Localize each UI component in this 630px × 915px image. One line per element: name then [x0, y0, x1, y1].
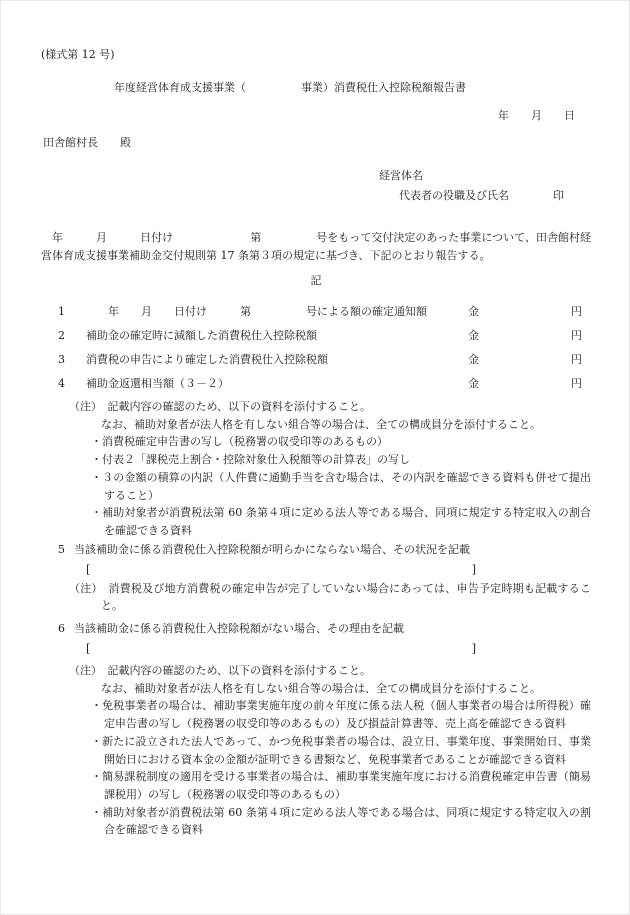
date-line: 年 月 日 — [41, 108, 591, 123]
item-label: 補助金の確定時に減額した消費税仕入控除税額 — [86, 324, 317, 348]
note-bullet: ・免税事業者の場合は、補助事業実施年度の前々年度に係る法人税（個人事業者の場合は… — [91, 697, 591, 732]
note-subline: なお、補助対象者が法人格を有しない組合等の場合は、全ての構成員分を添付すること。 — [101, 680, 591, 698]
note-bullet: ・新たに設立された法人であって、かつ免税事業者の場合は、設立日、事業年度、事業開… — [91, 733, 591, 768]
note-bullet: ・付表２「課税売上割合・控除対象仕入税額等の計算表」の写し — [91, 451, 591, 469]
fill-in-field: [ ] — [86, 639, 476, 659]
section-6-heading: 6当該補助金に係る消費税仕入控除税額がない場合、その理由を記載 — [41, 619, 591, 639]
bracket-open: [ — [86, 639, 90, 659]
currency-yen-label: 円 — [571, 324, 582, 348]
note-bullet: ・消費税確定申告書の写し（税務署の収受印等のあるもの） — [91, 433, 591, 451]
note-heading: （注） 記載内容の確認のため、以下の資料を添付すること。 — [41, 662, 591, 680]
currency-kin-label: 金 — [468, 324, 479, 348]
document-title: 年度経営体育成支援事業（ 事業）消費税仕入控除税額報告書 — [114, 80, 591, 95]
org-name-label: 経営体名 — [379, 166, 591, 186]
bracket-close: ] — [472, 639, 476, 659]
note-bullet: ・簡易課税制度の適用を受ける事業者の場合は、補助事業実施年度における消費税確定申… — [91, 768, 591, 803]
item-label: 当該補助金に係る消費税仕入控除税額が明らかにならない場合、その状況を記載 — [74, 543, 470, 556]
item-label: 年 月 日付け 第 号による額の確定通知額 — [86, 300, 427, 324]
item-number: 6 — [58, 619, 74, 639]
item-number: 2 — [58, 324, 65, 348]
currency-yen-label: 円 — [571, 372, 582, 396]
note-bullet: ・補助対象者が消費税法第 60 条第４項に定める法人等である場合、同項に規定する… — [91, 504, 591, 539]
item-label: 補助金返還相当額（３－２） — [86, 372, 229, 396]
amount-item-row-2: 2 補助金の確定時に減額した消費税仕入控除税額 金 円 — [41, 324, 591, 348]
signature-block: 経営体名 代表者の役職及び氏名印 — [379, 166, 591, 206]
representative-label: 代表者の役職及び氏名 — [399, 189, 509, 202]
currency-kin-label: 金 — [468, 372, 479, 396]
currency-yen-label: 円 — [571, 348, 582, 372]
bracket-open: [ — [86, 560, 90, 580]
fill-in-field: [ ] — [86, 560, 476, 580]
item-label: 当該補助金に係る消費税仕入控除税額がない場合、その理由を記載 — [74, 622, 404, 635]
bracket-close: ] — [472, 560, 476, 580]
amount-items: 1 年 月 日付け 第 号による額の確定通知額 金 円 2 補助金の確定時に減額… — [41, 300, 591, 396]
representative-line: 代表者の役職及び氏名印 — [399, 186, 591, 206]
document-page: (様式第 12 号) 年度経営体育成支援事業（ 事業）消費税仕入控除税額報告書 … — [0, 0, 630, 915]
currency-yen-label: 円 — [571, 300, 582, 324]
currency-kin-label: 金 — [468, 348, 479, 372]
item-number: 3 — [58, 348, 65, 372]
item-number: 1 — [58, 300, 65, 324]
note-heading: （注） 消費税及び地方消費税の確定申告が完了していない場合にあっては、申告予定時… — [41, 580, 591, 615]
item-number: 4 — [58, 372, 65, 396]
amount-item-row-3: 3 消費税の申告により確定した消費税仕入控除税額 金 円 — [41, 348, 591, 372]
body-paragraph: 年 月 日付け 第 号をもって交付決定のあった事業について、田舎館村経営体育成支… — [41, 229, 591, 265]
note-bullet: ・３の金額の積算の内訳（人件費に通勤手当を含む場合は、その内訳を確認できる資料も… — [91, 469, 591, 504]
note-after-item4: （注） 記載内容の確認のため、以下の資料を添付すること。 なお、補助対象者が法人… — [41, 398, 591, 540]
item-number: 5 — [58, 540, 74, 560]
note-bullet: ・補助対象者が消費税法第 60 条第４項に定める法人等である場合は、同項に規定す… — [91, 804, 591, 839]
form-number: (様式第 12 号) — [41, 47, 591, 63]
section-5: 5当該補助金に係る消費税仕入控除税額が明らかにならない場合、その状況を記載 [ … — [41, 540, 591, 615]
addressee: 田舎館村長 殿 — [43, 135, 591, 150]
record-heading: 記 — [41, 273, 591, 288]
note-heading: （注） 記載内容の確認のため、以下の資料を添付すること。 — [41, 398, 591, 416]
amount-item-row-1: 1 年 月 日付け 第 号による額の確定通知額 金 円 — [41, 300, 591, 324]
seal-label: 印 — [553, 189, 564, 202]
amount-item-row-4: 4 補助金返還相当額（３－２） 金 円 — [41, 372, 591, 396]
section-6: 6当該補助金に係る消費税仕入控除税額がない場合、その理由を記載 [ ] （注） … — [41, 619, 591, 839]
item-label: 消費税の申告により確定した消費税仕入控除税額 — [86, 348, 328, 372]
currency-kin-label: 金 — [468, 300, 479, 324]
note-subline: なお、補助対象者が法人格を有しない組合等の場合は、全ての構成員分を添付すること。 — [101, 416, 591, 434]
section-5-heading: 5当該補助金に係る消費税仕入控除税額が明らかにならない場合、その状況を記載 — [41, 540, 591, 560]
